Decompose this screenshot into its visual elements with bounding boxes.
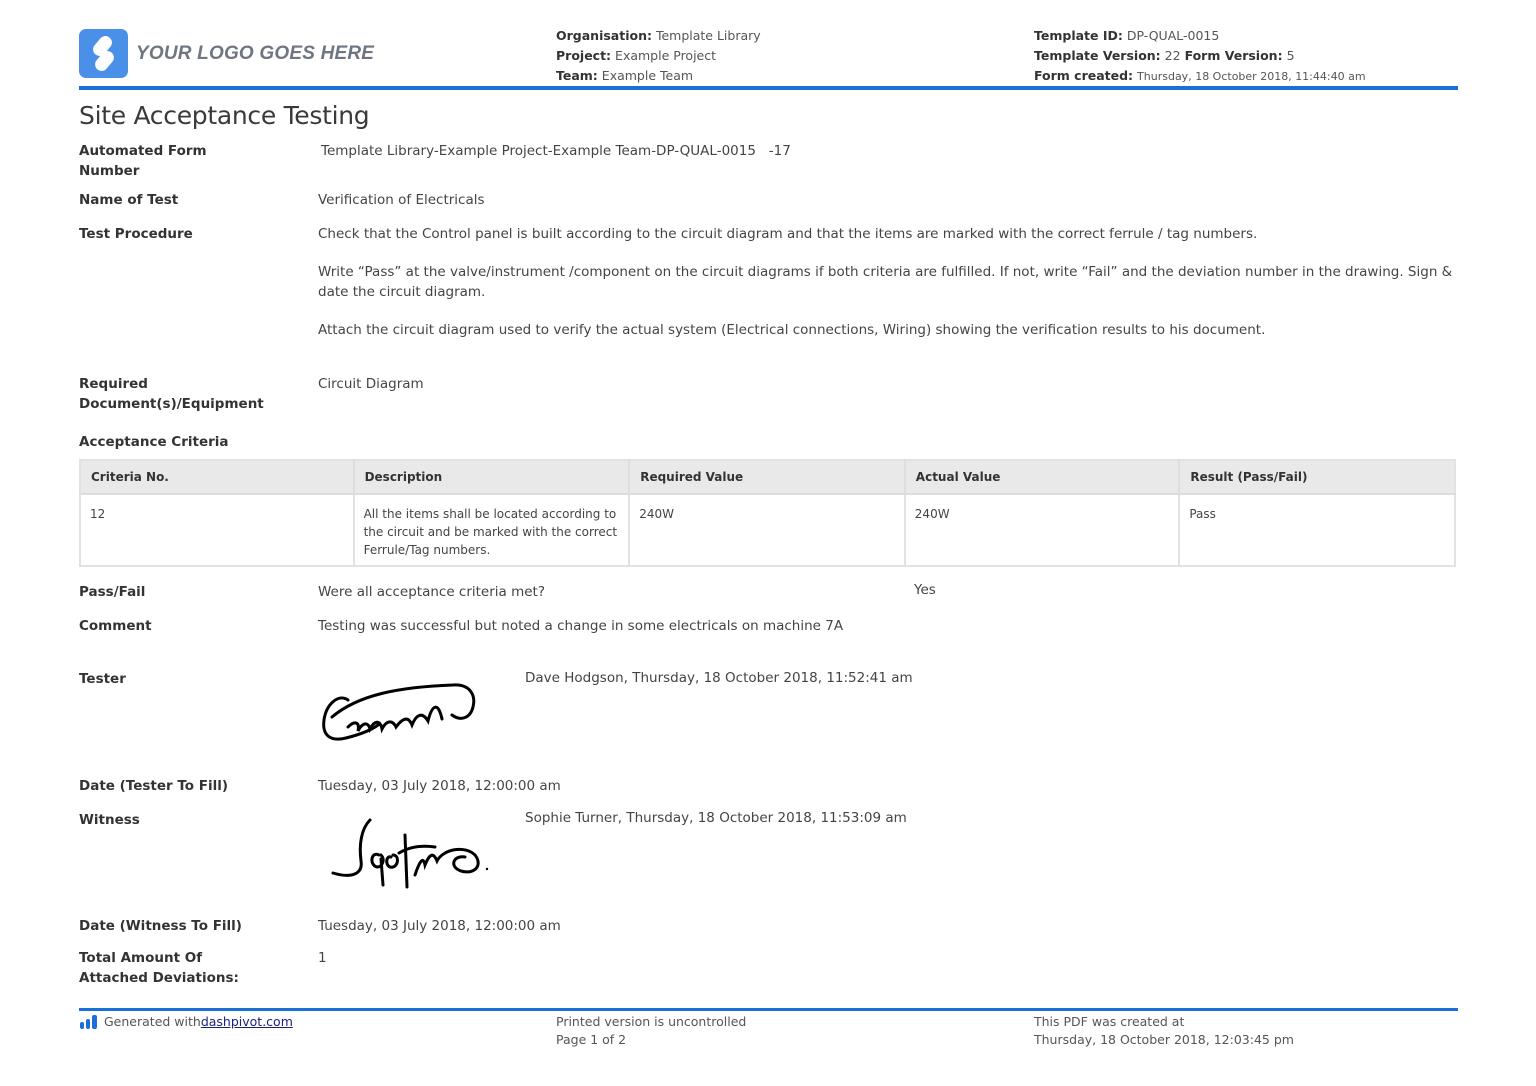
table-header-row: Criteria No. Description Required Value … — [80, 460, 1455, 494]
team-line: Team: Example Team — [556, 66, 761, 86]
column-header: Criteria No. — [80, 460, 354, 494]
generated-prefix: Generated with — [104, 1013, 201, 1031]
field-label: Name of Test — [79, 190, 279, 210]
cell-description: All the items shall be located according… — [354, 494, 630, 566]
field-label: Date (Tester To Fill) — [79, 776, 279, 796]
footer-right: This PDF was created at Thursday, 18 Oct… — [1034, 1013, 1294, 1049]
pdf-created-at: Thursday, 18 October 2018, 12:03:45 pm — [1034, 1031, 1294, 1049]
field-label: Comment — [79, 616, 279, 636]
page-title: Site Acceptance Testing — [79, 101, 369, 130]
cell-required-value: 240W — [629, 494, 905, 566]
version-line: Template Version: 22 Form Version: 5 — [1034, 46, 1366, 66]
tester-signature — [318, 675, 483, 750]
field-value: Check that the Control panel is built ac… — [318, 224, 1458, 358]
field-question: Were all acceptance criteria met? — [318, 582, 1458, 602]
procedure-paragraph: Attach the circuit diagram used to verif… — [318, 320, 1458, 340]
document-header: YOUR LOGO GOES HERE Organisation: Templa… — [79, 26, 1458, 90]
header-meta-right: Template ID: DP-QUAL-0015 Template Versi… — [1034, 26, 1366, 87]
logo-text: YOUR LOGO GOES HERE — [136, 43, 374, 65]
field-label: Required Document(s)/Equipment — [79, 374, 269, 414]
field-value: Tuesday, 03 July 2018, 12:00:00 am — [318, 916, 1458, 936]
cell-result: Pass — [1179, 494, 1455, 566]
field-value: Testing was successful but noted a chang… — [318, 616, 1458, 636]
footer-middle: Printed version is uncontrolled Page 1 o… — [556, 1013, 746, 1049]
field-label: Tester — [79, 669, 279, 689]
form-created-line: Form created: Thursday, 18 October 2018,… — [1034, 66, 1366, 87]
field-value: 1 — [318, 948, 1458, 968]
uncontrolled-notice: Printed version is uncontrolled — [556, 1013, 746, 1031]
footer-divider — [79, 1008, 1458, 1011]
witness-signed-by: Sophie Turner, Thursday, 18 October 2018… — [525, 810, 907, 826]
table-row: 12 All the items shall be located accord… — [80, 494, 1455, 566]
tester-signed-by: Dave Hodgson, Thursday, 18 October 2018,… — [525, 670, 913, 686]
field-label: Test Procedure — [79, 224, 279, 244]
generated-with: Generated with dashpivot.com — [79, 1013, 293, 1031]
page-number: Page 1 of 2 — [556, 1031, 746, 1049]
field-label: Witness — [79, 810, 279, 830]
header-divider — [79, 86, 1458, 90]
field-label: Date (Witness To Fill) — [79, 916, 279, 936]
procedure-paragraph: Write “Pass” at the valve/instrument /co… — [318, 262, 1458, 302]
organisation-line: Organisation: Template Library — [556, 26, 761, 46]
field-label: Automated Form Number — [79, 141, 229, 181]
acceptance-criteria-table: Criteria No. Description Required Value … — [79, 459, 1456, 567]
logo: YOUR LOGO GOES HERE — [79, 29, 374, 78]
column-header: Description — [354, 460, 630, 494]
dashpivot-bars-icon — [79, 1014, 99, 1030]
column-header: Actual Value — [905, 460, 1180, 494]
template-id-line: Template ID: DP-QUAL-0015 — [1034, 26, 1366, 46]
field-value: Tuesday, 03 July 2018, 12:00:00 am — [318, 776, 1458, 796]
logo-icon — [79, 29, 128, 78]
cell-actual-value: 240W — [905, 494, 1180, 566]
field-label: Pass/Fail — [79, 582, 279, 602]
cell-criteria-no: 12 — [80, 494, 354, 566]
field-value: Verification of Electricals — [318, 190, 1458, 210]
pass-fail-answer: Yes — [914, 582, 936, 598]
field-value: Circuit Diagram — [318, 374, 1458, 394]
column-header: Result (Pass/Fail) — [1179, 460, 1455, 494]
acceptance-criteria-title: Acceptance Criteria — [79, 434, 229, 450]
dashpivot-link[interactable]: dashpivot.com — [201, 1013, 293, 1031]
procedure-paragraph: Check that the Control panel is built ac… — [318, 224, 1458, 244]
witness-signature — [325, 815, 495, 890]
field-label: Total Amount Of Attached Deviations: — [79, 948, 244, 988]
field-value: Template Library-Example Project-Example… — [321, 141, 1461, 161]
header-meta-middle: Organisation: Template Library Project: … — [556, 26, 761, 86]
column-header: Required Value — [629, 460, 905, 494]
project-line: Project: Example Project — [556, 46, 761, 66]
pdf-created-label: This PDF was created at — [1034, 1013, 1294, 1031]
